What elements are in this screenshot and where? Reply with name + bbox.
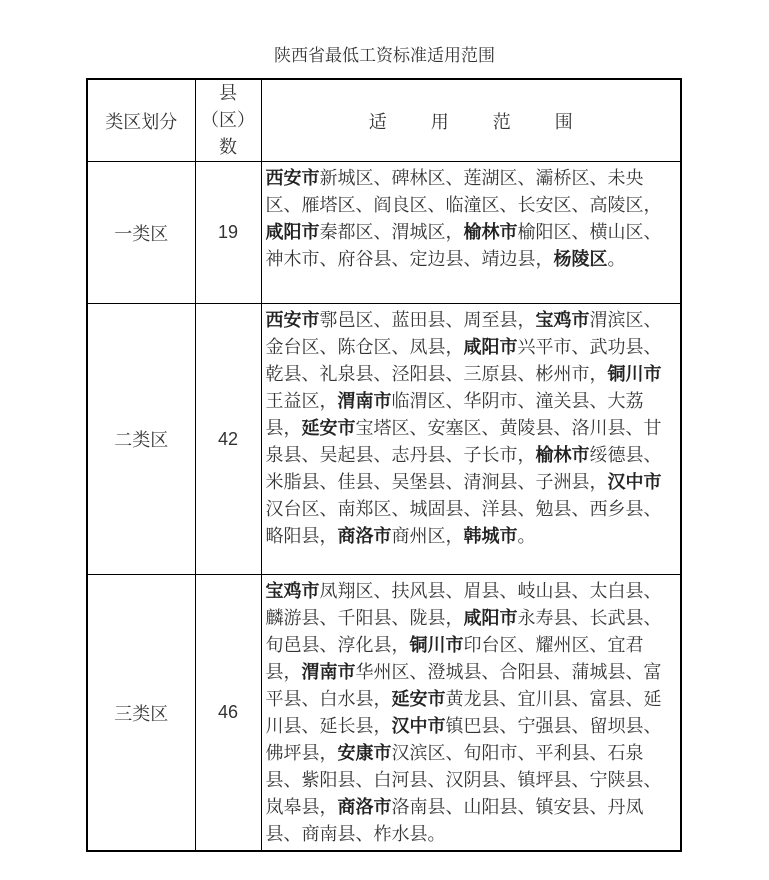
city-name: 铜川市 bbox=[410, 635, 464, 656]
header-count-line: 县 bbox=[196, 80, 261, 107]
city-name: 咸阳市 bbox=[464, 608, 518, 629]
document-title: 陕西省最低工资标准适用范围 bbox=[0, 44, 769, 68]
header-scope-char: 适 bbox=[369, 108, 387, 134]
city-name: 汉中市 bbox=[392, 716, 446, 737]
district-list: 鄠邑区、蓝田县、周至县， bbox=[320, 310, 536, 331]
city-name: 西安市 bbox=[266, 310, 320, 331]
city-name: 榆林市 bbox=[464, 222, 518, 243]
city-name: 商洛市 bbox=[338, 526, 392, 547]
city-name: 铜川市 bbox=[608, 364, 662, 385]
district-list: 王益区， bbox=[266, 391, 338, 412]
city-name: 商洛市 bbox=[338, 797, 392, 818]
category-cell: 一类区 bbox=[87, 162, 195, 304]
city-name: 榆林市 bbox=[536, 445, 590, 466]
minimum-wage-scope-table: 类区划分 县 （区） 数 适用范围 一类区 19 西安市新城区、碑林区、莲湖区、… bbox=[86, 78, 682, 852]
count-cell: 46 bbox=[195, 575, 261, 852]
city-name: 渭南市 bbox=[338, 391, 392, 412]
city-name: 汉中市 bbox=[608, 472, 662, 493]
city-name: 延安市 bbox=[302, 418, 356, 439]
count-cell: 42 bbox=[195, 304, 261, 575]
scope-cell: 宝鸡市凤翔区、扶风县、眉县、岐山县、太白县、麟游县、千阳县、陇县，咸阳市永寿县、… bbox=[261, 575, 681, 852]
city-name: 咸阳市 bbox=[464, 337, 518, 358]
city-name: 宝鸡市 bbox=[266, 581, 320, 602]
city-name: 安康市 bbox=[338, 743, 392, 764]
category-cell: 三类区 bbox=[87, 575, 195, 852]
city-name: 西安市 bbox=[266, 168, 320, 189]
city-name: 延安市 bbox=[392, 689, 446, 710]
district-list: 。 bbox=[518, 526, 536, 547]
table-header-row: 类区划分 县 （区） 数 适用范围 bbox=[87, 79, 681, 162]
header-county-count: 县 （区） 数 bbox=[195, 79, 261, 162]
table-row: 一类区 19 西安市新城区、碑林区、莲湖区、灞桥区、未央区、雁塔区、阎良区、临潼… bbox=[87, 162, 681, 304]
scope-cell: 西安市新城区、碑林区、莲湖区、灞桥区、未央区、雁塔区、阎良区、临潼区、长安区、高… bbox=[261, 162, 681, 304]
district-list: 商州区， bbox=[392, 526, 464, 547]
district-list: 秦都区、渭城区， bbox=[320, 222, 464, 243]
header-scope-char: 范 bbox=[493, 108, 511, 134]
header-scope-char: 用 bbox=[431, 108, 449, 134]
table-row: 二类区 42 西安市鄠邑区、蓝田县、周至县，宝鸡市渭滨区、金台区、陈仓区、凤县，… bbox=[87, 304, 681, 575]
city-name: 杨陵区 bbox=[554, 249, 608, 270]
count-cell: 19 bbox=[195, 162, 261, 304]
header-scope-char: 围 bbox=[555, 108, 573, 134]
city-name: 宝鸡市 bbox=[536, 310, 590, 331]
city-name: 渭南市 bbox=[302, 662, 356, 683]
district-list: 。 bbox=[608, 249, 626, 270]
header-category: 类区划分 bbox=[87, 79, 195, 162]
scope-cell: 西安市鄠邑区、蓝田县、周至县，宝鸡市渭滨区、金台区、陈仓区、凤县，咸阳市兴平市、… bbox=[261, 304, 681, 575]
district-list: 新城区、碑林区、莲湖区、灞桥区、未央区、雁塔区、阎良区、临潼区、长安区、高陵区， bbox=[266, 168, 662, 216]
category-cell: 二类区 bbox=[87, 304, 195, 575]
city-name: 咸阳市 bbox=[266, 222, 320, 243]
header-count-line: （区） bbox=[196, 107, 261, 134]
header-scope: 适用范围 bbox=[261, 79, 681, 162]
table-row: 三类区 46 宝鸡市凤翔区、扶风县、眉县、岐山县、太白县、麟游县、千阳县、陇县，… bbox=[87, 575, 681, 852]
city-name: 韩城市 bbox=[464, 526, 518, 547]
header-count-line: 数 bbox=[196, 134, 261, 161]
